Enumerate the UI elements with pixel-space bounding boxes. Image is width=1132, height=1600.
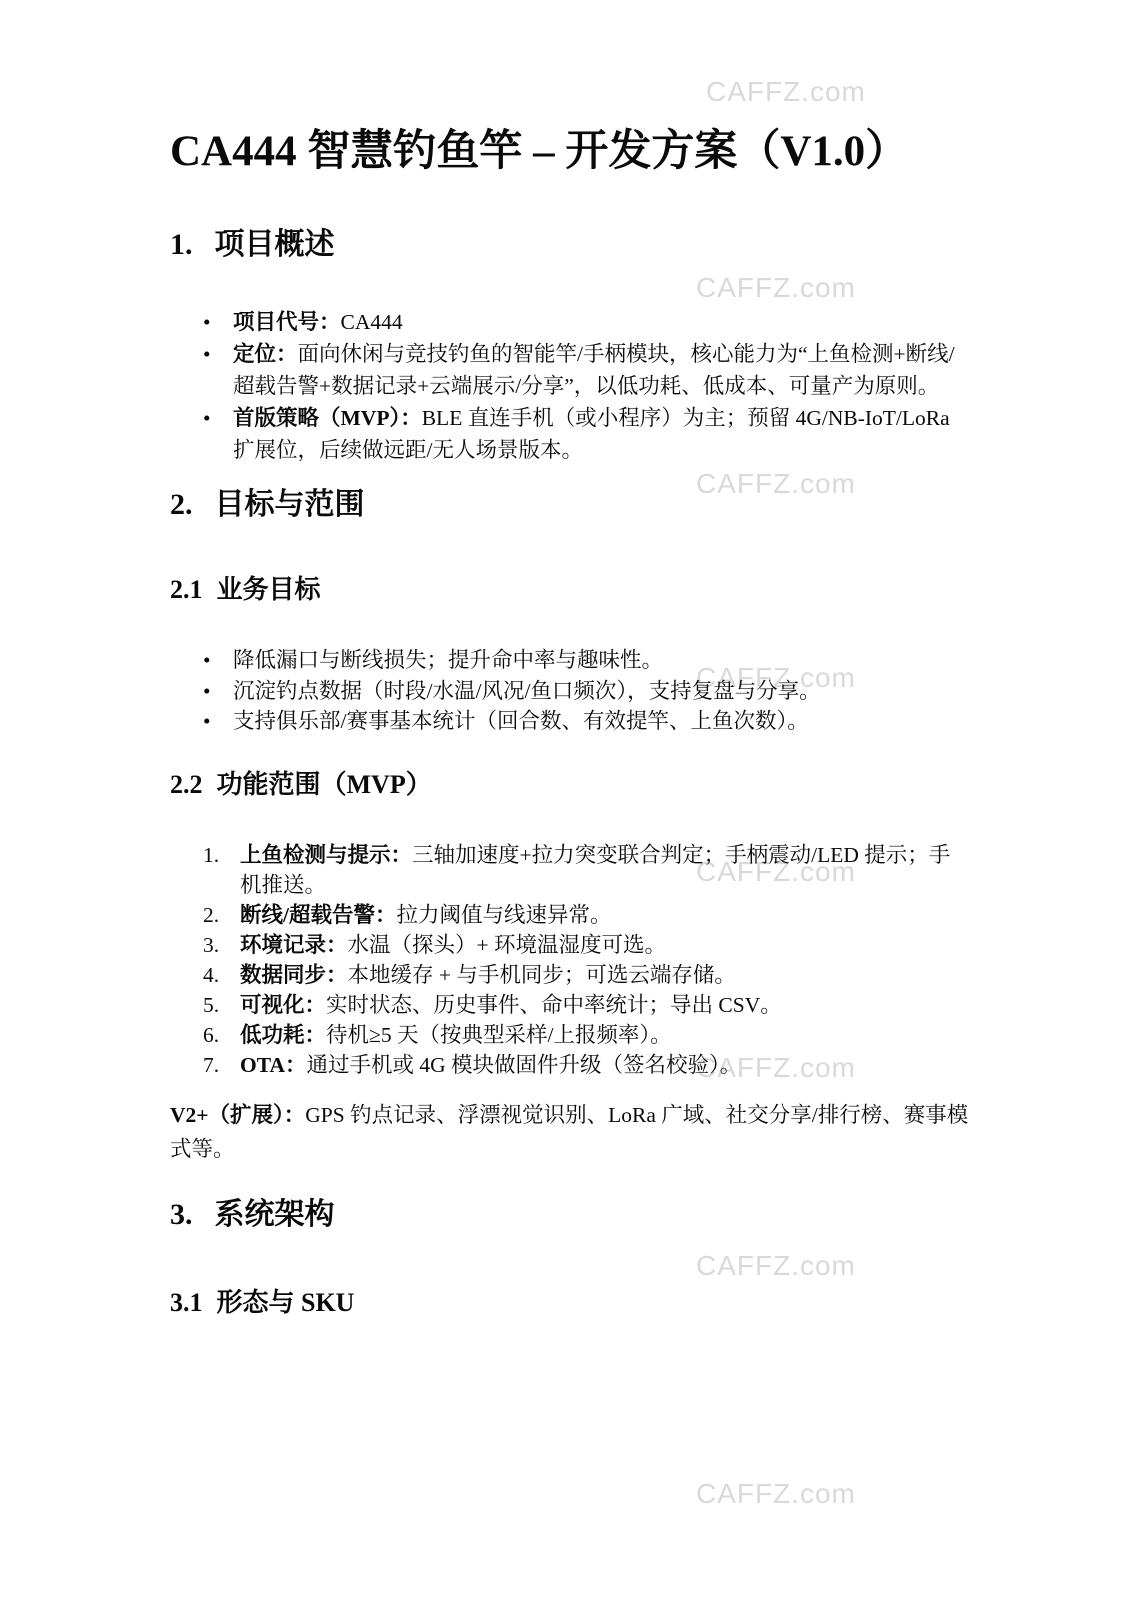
item-number: 7. [203,1050,219,1080]
heading-section-2-2: 2.2功能范围（MVP） [170,768,970,802]
list-item: 6.低功耗：待机≥5 天（按典型采样/上报频率）。 [170,1020,970,1050]
list-item: 沉淀钓点数据（时段/水温/风况/鱼口频次），支持复盘与分享。 [170,676,970,707]
heading-text: 形态与 SKU [217,1288,355,1317]
heading-text: 业务目标 [217,575,321,604]
section-2-1-bullet-list: 降低漏口与断线损失；提升命中率与趣味性。 沉淀钓点数据（时段/水温/风况/鱼口频… [170,645,970,737]
item-label: 上鱼检测与提示： [240,843,412,867]
heading-text: 功能范围（MVP） [217,770,432,799]
heading-section-3: 3.系统架构 [170,1196,970,1234]
section-1-bullet-list: 项目代号：CA444 定位：面向休闲与竞技钓鱼的智能竿/手柄模块，核心能力为“上… [170,306,970,466]
item-label: 数据同步： [240,963,348,987]
item-number: 2. [203,900,219,930]
heading-section-2: 2.目标与范围 [170,486,970,524]
item-text: 实时状态、历史事件、命中率统计；导出 CSV。 [326,993,782,1017]
heading-number: 3.1 [170,1286,203,1320]
list-item: 首版策略（MVP）：BLE 直连手机（或小程序）为主；预留 4G/NB-IoT/… [170,402,970,466]
list-item: 降低漏口与断线损失；提升命中率与趣味性。 [170,645,970,676]
item-label: 低功耗： [240,1023,326,1047]
watermark: CAFFZ.com [696,1478,856,1510]
v2-extension-paragraph: V2+（扩展）：GPS 钓点记录、浮漂视觉识别、LoRa 广域、社交分享/排行榜… [170,1098,970,1166]
heading-number: 2.1 [170,573,203,607]
item-text: 支持俱乐部/赛事基本统计（回合数、有效提竿、上鱼次数）。 [233,709,809,733]
item-text: 降低漏口与断线损失；提升命中率与趣味性。 [233,648,663,672]
heading-number: 3. [170,1196,193,1234]
heading-section-1: 1.项目概述 [170,226,970,264]
document-content: CA444 智慧钓鱼竿 – 开发方案（V1.0） 1.项目概述 项目代号：CA4… [170,0,970,1320]
item-label: V2+（扩展）： [170,1103,305,1127]
list-item: 1.上鱼检测与提示：三轴加速度+拉力突变联合判定；手柄震动/LED 提示；手机推… [170,840,970,900]
list-item: 7.OTA：通过手机或 4G 模块做固件升级（签名校验）。 [170,1050,970,1080]
list-item: 支持俱乐部/赛事基本统计（回合数、有效提竿、上鱼次数）。 [170,706,970,737]
item-number: 4. [203,960,219,990]
list-item: 2.断线/超载告警：拉力阈值与线速异常。 [170,900,970,930]
item-label: 可视化： [240,993,326,1017]
heading-number: 2. [170,486,193,524]
item-text: 本地缓存 + 与手机同步；可选云端存储。 [348,963,736,987]
heading-section-2-1: 2.1业务目标 [170,573,970,607]
item-text: 沉淀钓点数据（时段/水温/风况/鱼口频次），支持复盘与分享。 [233,679,821,703]
item-label: 定位： [233,342,298,366]
heading-text: 系统架构 [215,1198,335,1231]
section-2-2-numbered-list: 1.上鱼检测与提示：三轴加速度+拉力突变联合判定；手柄震动/LED 提示；手机推… [170,840,970,1080]
list-item: 4.数据同步：本地缓存 + 与手机同步；可选云端存储。 [170,960,970,990]
list-item: 定位：面向休闲与竞技钓鱼的智能竿/手柄模块，核心能力为“上鱼检测+断线/超载告警… [170,338,970,402]
doc-title: CA444 智慧钓鱼竿 – 开发方案（V1.0） [170,124,970,180]
heading-number: 1. [170,226,193,264]
heading-text: 目标与范围 [215,488,365,521]
list-item: 3.环境记录：水温（探头）+ 环境温湿度可选。 [170,930,970,960]
item-number: 6. [203,1020,219,1050]
document-page: CAFFZ.com CAFFZ.com CAFFZ.com CAFFZ.com … [0,0,1132,1600]
item-label: 断线/超载告警： [240,903,396,927]
item-text: CA444 [341,310,403,334]
item-label: 项目代号： [233,310,341,334]
list-item: 项目代号：CA444 [170,306,970,338]
item-label: OTA： [240,1053,307,1077]
heading-section-3-1: 3.1形态与 SKU [170,1286,970,1320]
list-item: 5.可视化：实时状态、历史事件、命中率统计；导出 CSV。 [170,990,970,1020]
item-number: 1. [203,840,219,870]
item-text: 拉力阈值与线速异常。 [396,903,611,927]
item-number: 5. [203,990,219,1020]
item-label: 环境记录： [240,933,348,957]
item-text: 通过手机或 4G 模块做固件升级（签名校验）。 [307,1053,742,1077]
item-text: 水温（探头）+ 环境温湿度可选。 [348,933,667,957]
item-text: 待机≥5 天（按典型采样/上报频率）。 [326,1023,672,1047]
heading-number: 2.2 [170,768,203,802]
item-number: 3. [203,930,219,960]
heading-text: 项目概述 [215,228,335,261]
item-label: 首版策略（MVP）： [233,406,422,430]
item-text: 面向休闲与竞技钓鱼的智能竿/手柄模块，核心能力为“上鱼检测+断线/超载告警+数据… [233,342,955,398]
